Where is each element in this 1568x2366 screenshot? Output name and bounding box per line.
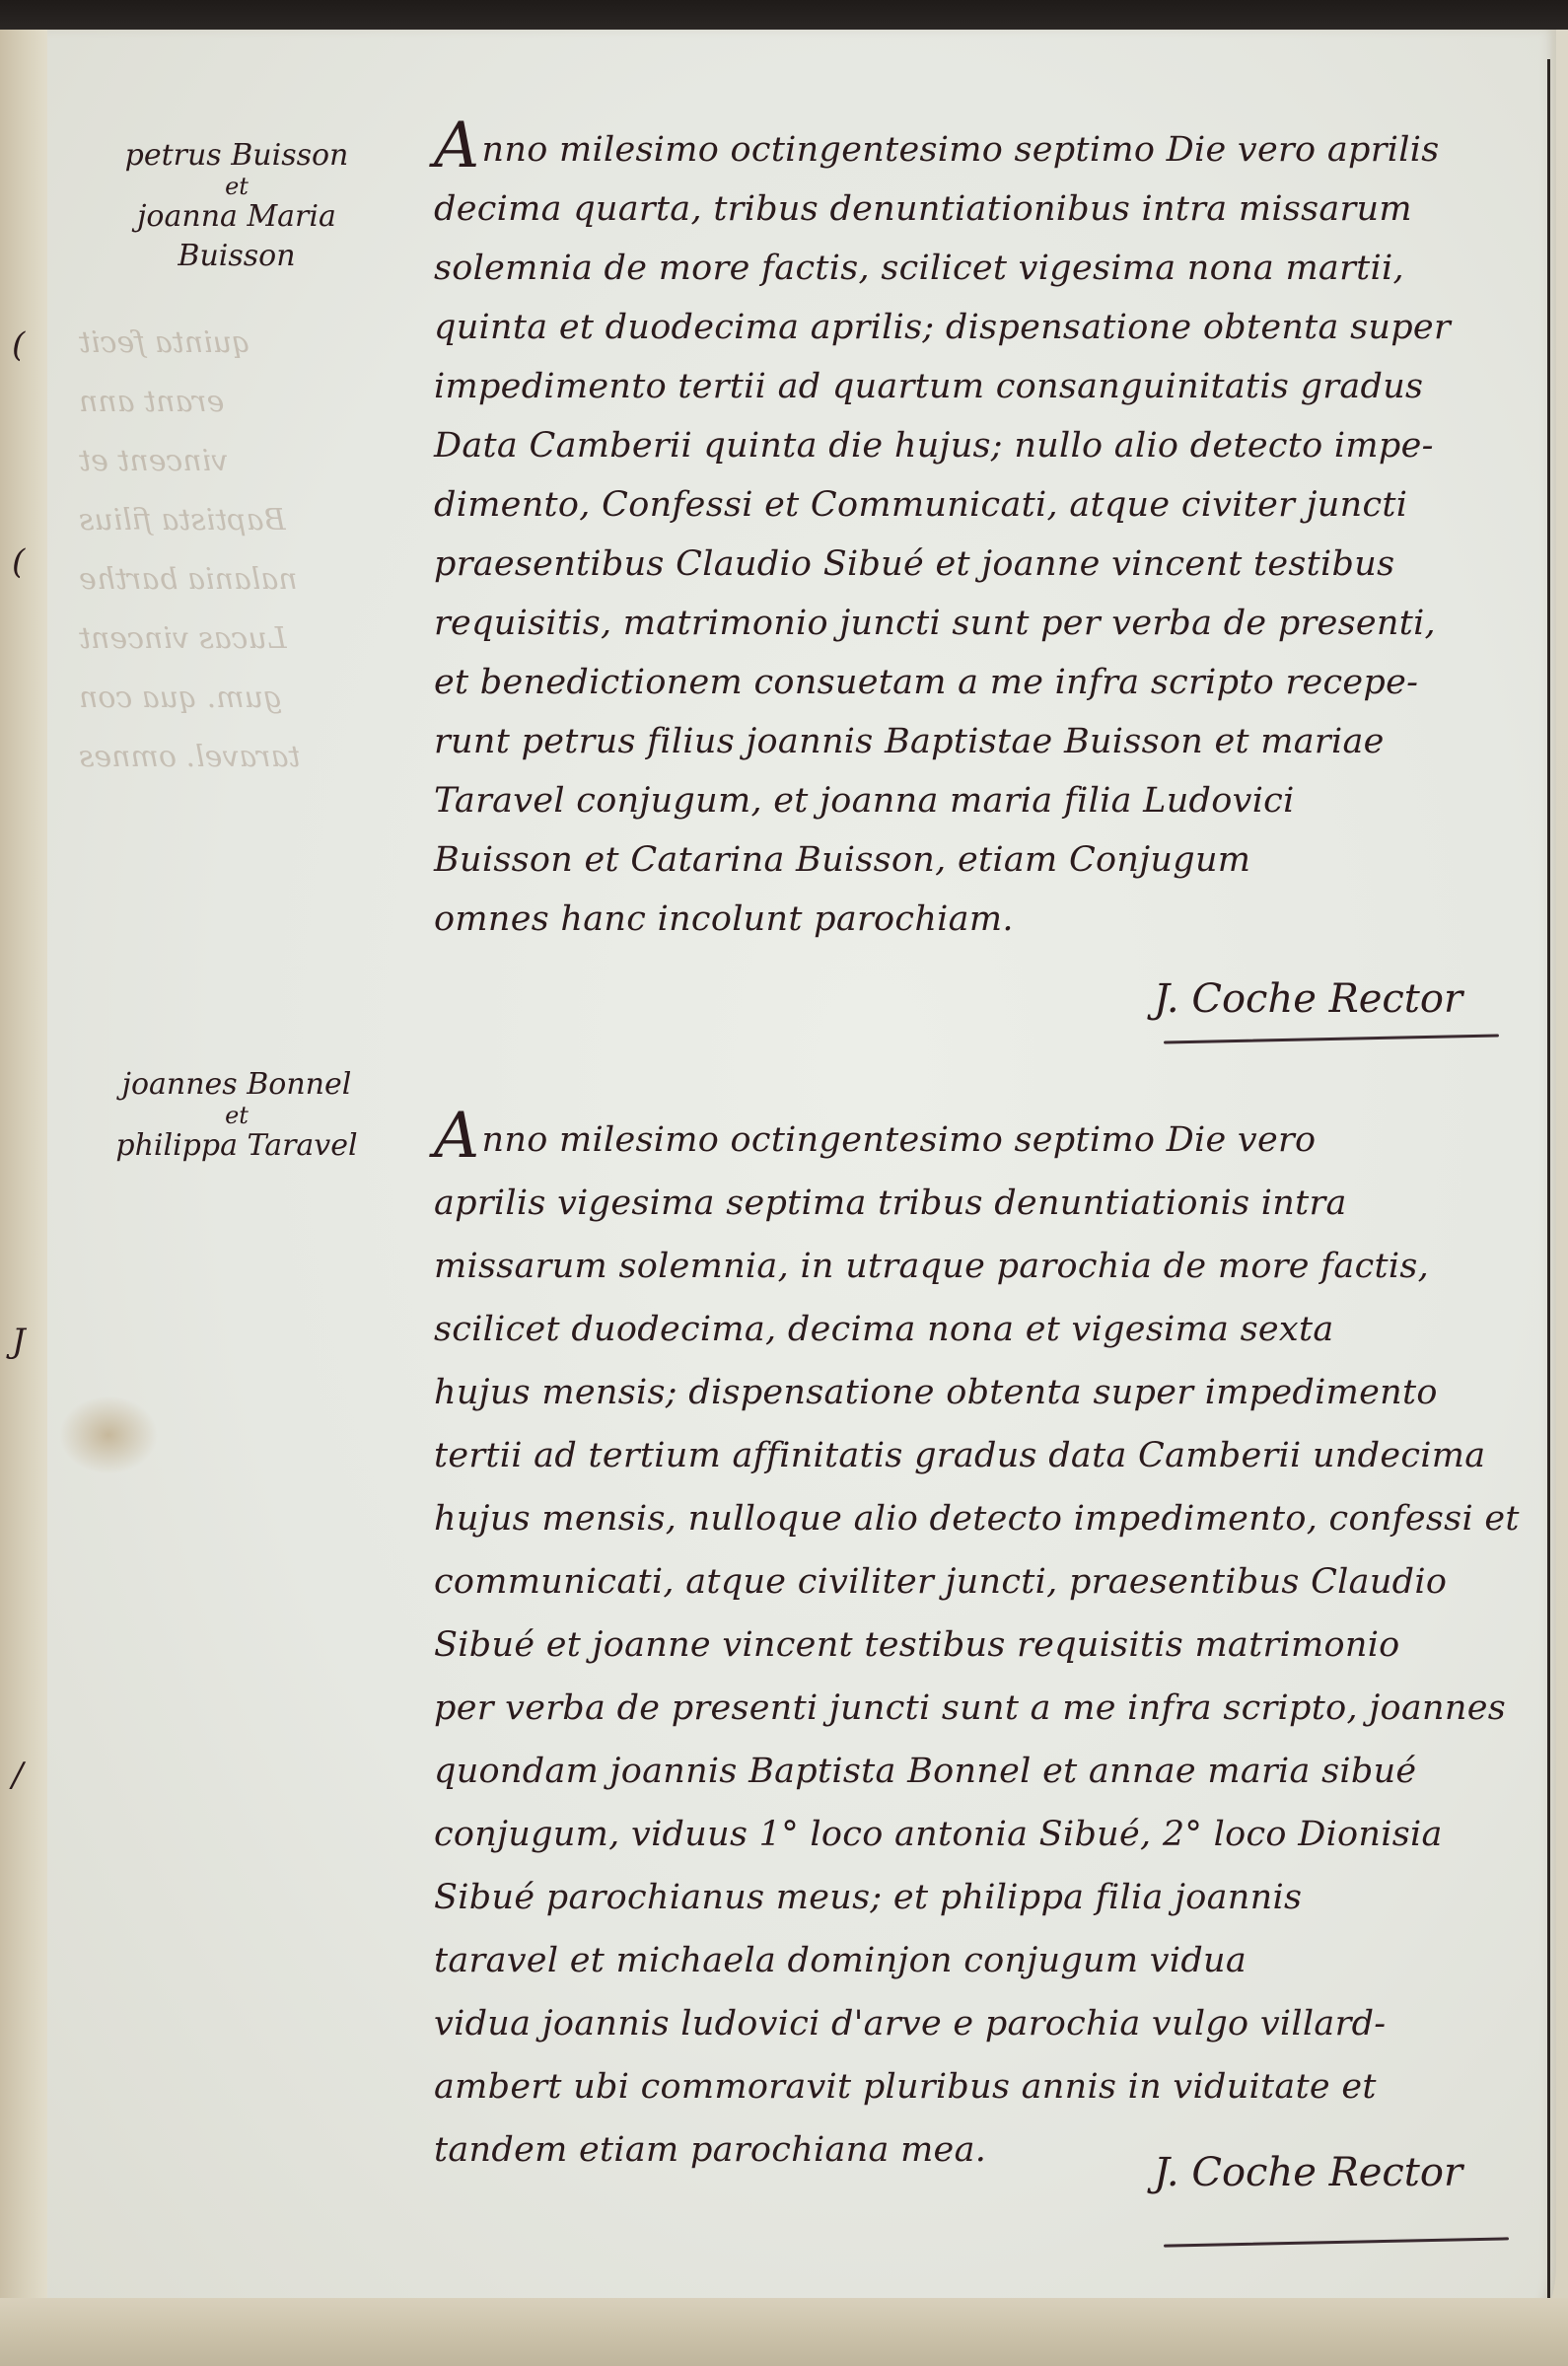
entry-line: impedimento tertii ad quartum consanguin… bbox=[434, 357, 1529, 416]
entry-line: omnes hanc incolunt parochiam. bbox=[434, 890, 1529, 949]
entry-line: scilicet duodecima, decima nona et viges… bbox=[434, 1298, 1529, 1361]
entry-2-margin-names: joannes Bonnel et philippa Taravel bbox=[69, 1065, 404, 1166]
entry-line: Sibué parochianus meus; et philippa fili… bbox=[434, 1866, 1529, 1929]
margin-mark: / bbox=[12, 1756, 23, 1795]
entry-1-body: Anno milesimo octingentesimo septimo Die… bbox=[434, 116, 1529, 949]
entry-line: decima quarta, tribus denuntiationibus i… bbox=[434, 179, 1529, 239]
entry-line: hujus mensis, nulloque alio detecto impe… bbox=[434, 1487, 1529, 1550]
entry-2-signature: J. Coche Rector bbox=[1154, 2150, 1462, 2195]
entry-line: solemnia de more factis, scilicet vigesi… bbox=[434, 239, 1529, 298]
paper-stain bbox=[59, 1396, 158, 1474]
page-bottom-edge bbox=[0, 2298, 1568, 2366]
bride-name: philippa Taravel bbox=[69, 1126, 404, 1166]
entry-line: communicati, atque civiliter juncti, pra… bbox=[434, 1550, 1529, 1613]
bride-surname: Buisson bbox=[69, 237, 404, 276]
entry-line: Taravel conjugum, et joanna maria filia … bbox=[434, 771, 1529, 830]
entry-line: et benedictionem consuetam a me infra sc… bbox=[434, 653, 1529, 712]
entry-line: Sibué et joanne vincent testibus requisi… bbox=[434, 1613, 1529, 1677]
drop-cap: A bbox=[434, 109, 480, 182]
entry-line: ambert ubi commoravit pluribus annis in … bbox=[434, 2055, 1529, 2118]
bleed-through-text: erant ann bbox=[79, 385, 224, 419]
entry-line: Anno milesimo octingentesimo septimo Die… bbox=[434, 116, 1529, 179]
entry-line: missarum solemnia, in utraque parochia d… bbox=[434, 1235, 1529, 1298]
entry-line: taravel et michaela dominjon conjugum vi… bbox=[434, 1929, 1529, 1992]
conjunction: et bbox=[69, 176, 404, 197]
entry-line: quondam joannis Baptista Bonnel et annae… bbox=[434, 1740, 1529, 1803]
entry-line: requisitis, matrimonio juncti sunt per v… bbox=[434, 594, 1529, 653]
entry-line: vidua joannis ludovici d'arve e parochia… bbox=[434, 1992, 1529, 2055]
top-shadow bbox=[0, 0, 1568, 30]
entry-1-margin-names: petrus Buisson et joanna Maria Buisson bbox=[69, 136, 404, 276]
entry-line: Data Camberii quinta die hujus; nullo al… bbox=[434, 416, 1529, 475]
entry-line: runt petrus filius joannis Baptistae Bui… bbox=[434, 712, 1529, 771]
entry-line: praesentibus Claudio Sibué et joanne vin… bbox=[434, 535, 1529, 594]
entry-1-signature: J. Coche Rector bbox=[1154, 976, 1462, 1022]
entry-line: Buisson et Catarina Buisson, etiam Conju… bbox=[434, 830, 1529, 890]
bleed-through-text: quinta fecit bbox=[79, 325, 250, 360]
margin-mark: J bbox=[12, 1322, 26, 1361]
bleed-through-text: nalania barthe bbox=[79, 562, 298, 597]
bleed-through-text: Lucas vincent bbox=[79, 621, 287, 656]
entry-line: Anno milesimo octingentesimo septimo Die… bbox=[434, 1105, 1529, 1172]
bleed-through-text: gum. qua con bbox=[79, 681, 282, 715]
drop-cap: A bbox=[434, 1100, 480, 1173]
groom-name: petrus Buisson bbox=[69, 136, 404, 176]
groom-name: joannes Bonnel bbox=[69, 1065, 404, 1105]
entry-line: tertii ad tertium affinitatis gradus dat… bbox=[434, 1424, 1529, 1487]
entry-line: quinta et duodecima aprilis; dispensatio… bbox=[434, 298, 1529, 357]
entry-line: dimento, Confessi et Communicati, atque … bbox=[434, 475, 1529, 535]
entry-line: per verba de presenti juncti sunt a me i… bbox=[434, 1677, 1529, 1740]
margin-mark: ( bbox=[12, 542, 25, 582]
bleed-through-text: taravel. omnes bbox=[79, 740, 301, 774]
entry-line: hujus mensis; dispensatione obtenta supe… bbox=[434, 1361, 1529, 1424]
margin-mark: ( bbox=[12, 325, 25, 365]
bleed-through-text: Baptista filius bbox=[79, 503, 286, 538]
bleed-through-text: vincent et bbox=[79, 444, 228, 478]
page-fore-edge bbox=[1547, 59, 1550, 2328]
entry-2-body: Anno milesimo octingentesimo septimo Die… bbox=[434, 1105, 1529, 2182]
bride-name: joanna Maria bbox=[69, 197, 404, 237]
entry-line: aprilis vigesima septima tribus denuntia… bbox=[434, 1172, 1529, 1235]
entry-line: conjugum, viduus 1° loco antonia Sibué, … bbox=[434, 1803, 1529, 1866]
conjunction: et bbox=[69, 1105, 404, 1126]
